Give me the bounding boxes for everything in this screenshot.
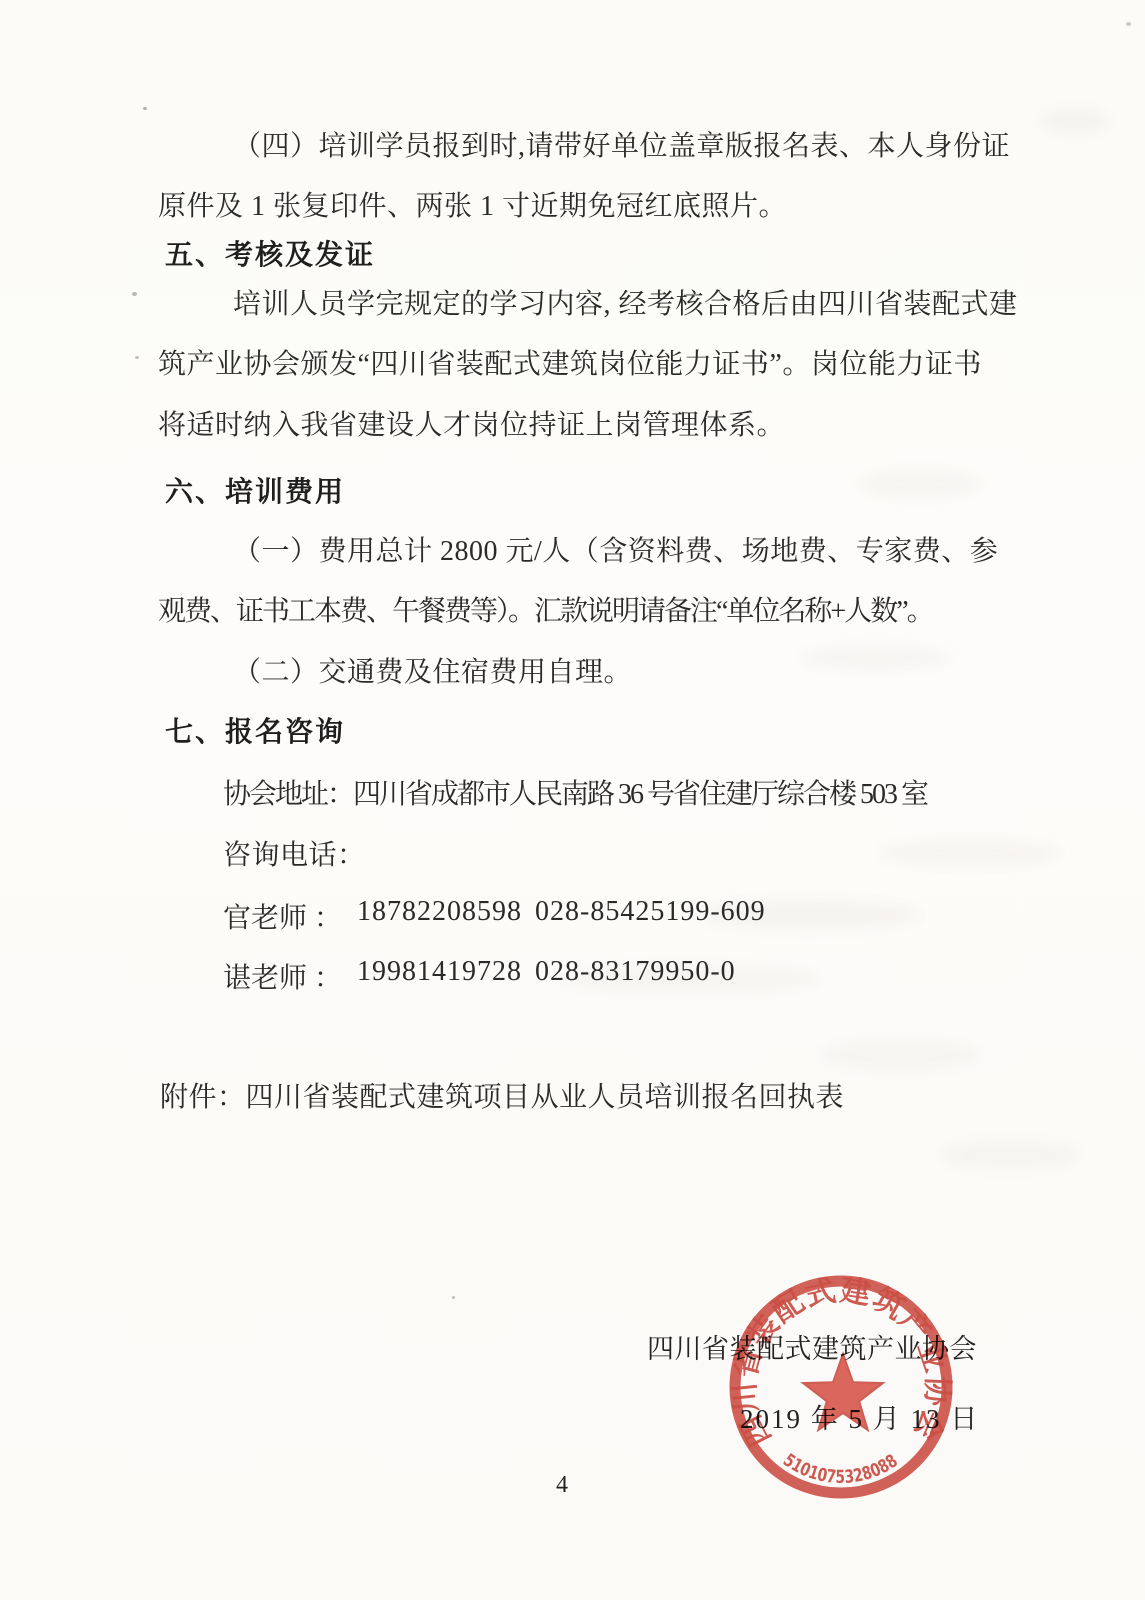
section-heading-registration: 七、报名咨询 [165,717,345,749]
section-heading-fee: 六、培训费用 [165,477,345,509]
scan-speck [452,1296,455,1299]
scan-smudge [880,840,1060,866]
scanned-document-page: { "document": { "lines": [ "（四）培训学员报到时,请… [0,0,1145,1600]
scan-speck [143,107,147,110]
official-seal-stamp: 四川省装配式建筑产业协会 5101075328088 [726,1272,958,1504]
page-number: 4 [556,1472,568,1499]
contact-name: 官老师 ： [223,896,342,936]
body-line: 观费、证书工本费、午餐费等）。汇款说明请备注“单位名称+人数”。 [158,596,933,628]
scan-smudge [1040,108,1110,134]
phone-intro-line: 咨询电话： [223,840,366,872]
contact-landline: 028-85425199-609 [535,896,766,928]
contact-mobile: 18782208598 [357,896,522,928]
scan-speck [135,356,139,359]
body-line: 筑产业协会颁发“四川省装配式建筑岗位能力证书”。岗位能力证书 [158,349,982,381]
scan-speck [132,292,137,296]
association-address-line: 协会地址：四川省成都市人民南路 36 号省住建厅综合楼 503 室 [223,779,927,811]
contact-mobile: 19981419728 [357,956,522,988]
scan-smudge [820,1040,980,1070]
body-line: 将适时纳入我省建设人才岗位持证上岗管理体系。 [158,410,785,442]
contact-name: 谌老师 ： [223,956,342,996]
body-line: 培训人员学完规定的学习内容, 经考核合格后由四川省装配式建 [233,289,1018,321]
body-line: （一）费用总计 2800 元/人（含资料费、场地费、专家费、参 [233,536,998,568]
scan-speck [1126,22,1131,26]
body-line: （二）交通费及住宿费用自理。 [233,657,632,689]
body-line: （四）培训学员报到时,请带好单位盖章版报名表、本人身份证 [233,131,1010,163]
scan-smudge [800,645,950,671]
contact-landline: 028-83179950-0 [535,956,736,988]
seal-star-icon [803,1354,883,1430]
scan-smudge [860,470,980,498]
scan-smudge [940,1140,1080,1170]
section-heading-assessment: 五、考核及发证 [165,240,375,272]
body-line: 原件及 1 张复印件、两张 1 寸近期免冠红底照片。 [158,191,787,223]
attachment-line: 附件：四川省装配式建筑项目从业人员培训报名回执表 [160,1082,844,1114]
